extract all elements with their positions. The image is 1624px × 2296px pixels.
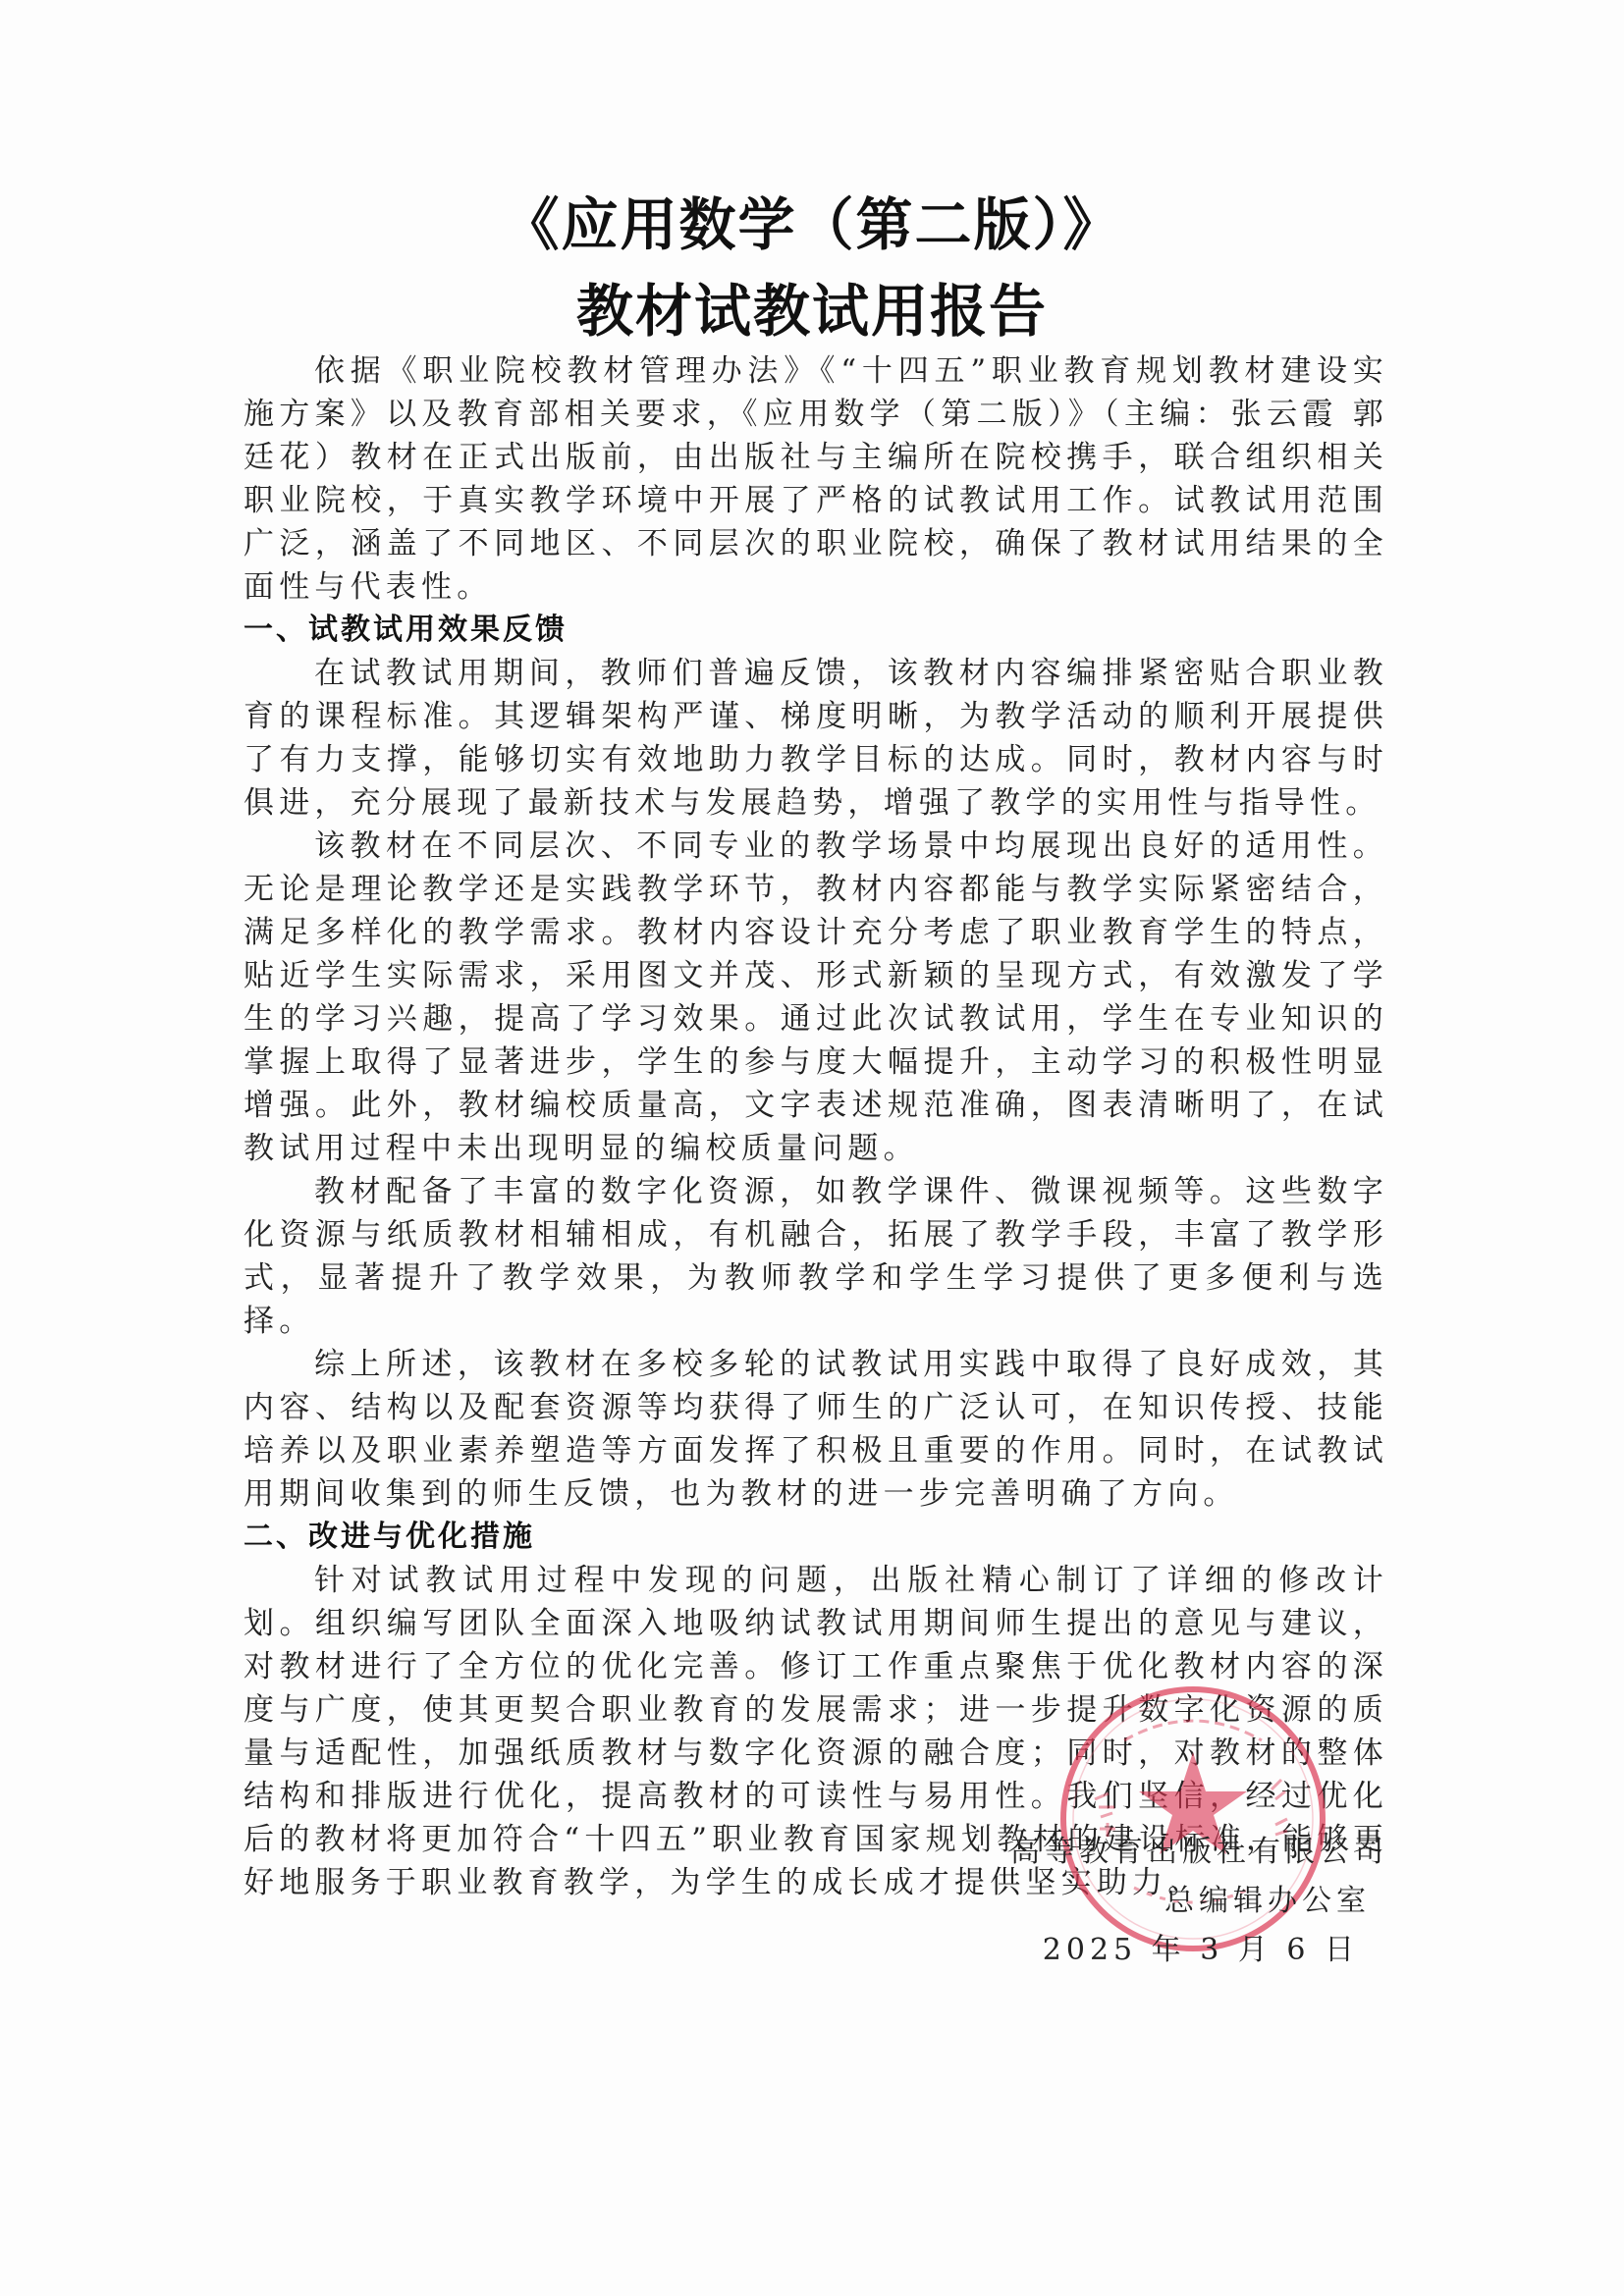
signature-organization: 高等教育出版社有限公司 <box>1010 1828 1388 1877</box>
section-feedback: 一、试教试用效果反馈 在试教试用期间，教师们普遍反馈，该教材内容编排紧密贴合职业… <box>244 609 1388 1516</box>
document-body: 依据《职业院校教材管理办法》《“十四五”职业教育规划教材建设实施方案》以及教育部… <box>244 349 1388 1904</box>
section-heading: 二、改进与优化措施 <box>244 1516 1388 1559</box>
document-page: 《应用数学（第二版）》 教材试教试用报告 依据《职业院校教材管理办法》《“十四五… <box>0 0 1624 2296</box>
signature-office: 总编辑办公室 <box>1010 1877 1371 1926</box>
signature-date: 2025 年 3 月 6 日 <box>1010 1926 1359 1975</box>
paragraph: 该教材在不同层次、不同专业的教学场景中均展现出良好的适用性。无论是理论教学还是实… <box>244 825 1388 1170</box>
paragraph: 综上所述，该教材在多校多轮的试教试用实践中取得了良好成效，其内容、结构以及配套资… <box>244 1343 1388 1516</box>
section-heading: 一、试教试用效果反馈 <box>244 609 1388 652</box>
document-title-line1: 《应用数学（第二版）》 <box>0 196 1624 253</box>
signature-block: 高等教育出版社有限公司 总编辑办公室 2025 年 3 月 6 日 <box>1010 1828 1388 1975</box>
intro-paragraph: 依据《职业院校教材管理办法》《“十四五”职业教育规划教材建设实施方案》以及教育部… <box>244 349 1388 609</box>
paragraph: 教材配备了丰富的数字化资源，如教学课件、微课视频等。这些数字化资源与纸质教材相辅… <box>244 1170 1388 1343</box>
paragraph: 在试教试用期间，教师们普遍反馈，该教材内容编排紧密贴合职业教育的课程标准。其逻辑… <box>244 652 1388 825</box>
document-title-line2: 教材试教试用报告 <box>0 283 1624 340</box>
